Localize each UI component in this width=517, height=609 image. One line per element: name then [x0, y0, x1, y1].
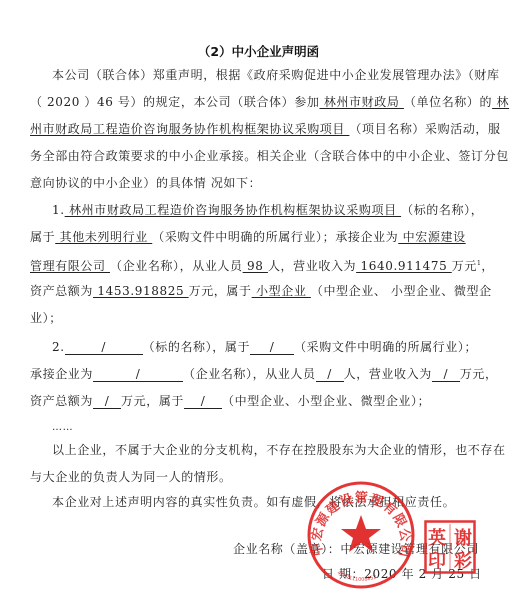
para1-line3: 州市财政局工程造价咨询服务协作机构框架协议采购项目 （项目名称）采购活动，服	[30, 121, 463, 137]
company-seal-stamp: 中宏源建设管理有限公司 4107111008852	[306, 479, 416, 591]
seal-char-3: 印	[428, 551, 446, 572]
seal-char-4: 彩	[454, 551, 472, 572]
text: ，	[481, 259, 494, 273]
unit-name-field: 林州市财政局	[319, 95, 403, 109]
project-name-field-end: 州市财政局工程造价咨询服务协作机构框架协议采购项目	[30, 122, 349, 136]
svg-text:4107111008852: 4107111008852	[336, 570, 378, 583]
text: （中型企业、 小型企业、微型企	[311, 284, 492, 298]
subject-name-blank: /	[65, 341, 143, 355]
seal-code: 4107111008852	[336, 570, 378, 583]
company-name-field-start: 中宏源建设	[398, 230, 465, 244]
company-name-blank: /	[93, 368, 183, 382]
industry-field: 其他未列明行业	[55, 230, 152, 244]
text: 资产总额为	[30, 284, 93, 298]
seal-char-1: 英	[428, 528, 446, 549]
item1-line1: 1. 林州市财政局工程造价咨询服务协作机构框架协议采购项目 （标的名称），	[52, 202, 485, 218]
enterprise-size-field: 小型企业	[252, 284, 311, 298]
item1-line5: 业）；	[30, 310, 463, 326]
project-name-field-start: 林	[492, 95, 509, 109]
text: 与大企业的负责人为同一人的情形。	[30, 470, 232, 484]
text: （采购文件中明确的所属行业）；	[294, 340, 477, 354]
para1-line2: （ 2020 ）46 号）的规定，本公司（联合体）参加 林州市财政局 （单位名称…	[30, 94, 463, 110]
ellipsis: ……	[52, 422, 73, 433]
revenue-field: 1640.911475	[356, 259, 452, 273]
assets-field: 1453.918825	[93, 284, 189, 298]
text: 属于	[30, 230, 55, 244]
para2-line1: 以上企业，不属于大企业的分支机构，不存在控股股东为大企业的情形，也不存在	[52, 442, 485, 458]
item2-line1: 2./（标的名称），属于/（采购文件中明确的所属行业）；	[52, 339, 485, 355]
text: 本公司（联合体）郑重声明，根据《政府采购促进中小企业发展管理办法》（财库	[52, 68, 500, 82]
text: 人，营业收入为	[268, 259, 356, 273]
text: （项目名称）采购活动，服	[349, 122, 500, 136]
company-name-field-end: 管理有限公司	[30, 259, 110, 273]
text: 万元	[452, 259, 477, 273]
para1-line4: 务全部由符合政策要求的中小企业承接。相关企业（含联合体中的中小企业、签订分包	[30, 148, 463, 164]
star-icon	[341, 515, 381, 552]
item1-line2: 属于 其他未列明行业 （采购文件中明确的所属行业）；承接企业为 中宏源建设	[30, 229, 463, 245]
personal-seal-stamp: 英 谢 印 彩	[424, 520, 476, 574]
item-number: 1.	[52, 203, 65, 217]
staff-count-blank: /	[316, 368, 344, 382]
item-number: 2.	[52, 340, 65, 354]
item1-line3: 管理有限公司 （企业名称），从业人员 98 人，营业收入为 1640.91147…	[30, 256, 463, 274]
text: （ 2020 ）46 号）的规定，本公司（联合体）参加	[30, 95, 319, 109]
text: 人，营业收入为	[344, 367, 432, 381]
text: 承接企业为	[30, 367, 93, 381]
text: 以上企业，不属于大企业的分支机构，不存在控股股东为大企业的情形，也不存在	[52, 443, 506, 457]
text: 务全部由符合政策要求的中小企业承接。相关企业（含联合体中的中小企业、签订分包	[30, 149, 509, 163]
item1-line4: 资产总额为 1453.918825 万元，属于 小型企业 （中型企业、 小型企业…	[30, 283, 463, 299]
para1-line5: 意向协议的中小企业）的具体情 况如下：	[30, 175, 463, 191]
text: （企业名称），从业人员	[110, 259, 243, 273]
seal-char-2: 谢	[454, 527, 472, 549]
text: （标的名称），属于	[143, 340, 250, 354]
para1-line1: 本公司（联合体）郑重声明，根据《政府采购促进中小企业发展管理办法》（财库	[52, 67, 485, 83]
text: （企业名称），从业人员	[183, 367, 316, 381]
text: 万元，	[460, 367, 498, 381]
item2-line2: 承接企业为/（企业名称），从业人员/人，营业收入为/万元，	[30, 366, 463, 382]
page-title: （2）中小企业声明函	[0, 42, 517, 60]
document-page: （2）中小企业声明函 本公司（联合体）郑重声明，根据《政府采购促进中小企业发展管…	[0, 0, 517, 609]
industry-blank: /	[250, 341, 294, 355]
text: 业）；	[30, 311, 62, 325]
ellipsis-line: ……	[52, 390, 485, 406]
text: （采购文件中明确的所属行业）；承接企业为	[152, 230, 398, 244]
staff-count-field: 98	[243, 259, 268, 273]
text: 万元，属于	[189, 284, 252, 298]
subject-name-field: 林州市财政局工程造价咨询服务协作机构框架协议采购项目	[65, 203, 401, 217]
text: （标的名称），	[401, 203, 483, 217]
text: （单位名称）的	[404, 95, 492, 109]
para3: 本企业对上述声明内容的真实性负责。如有虚假，将依法承担相应责任。	[52, 494, 485, 510]
revenue-blank: /	[432, 368, 460, 382]
text: 意向协议的中小企业）的具体情 况如下：	[30, 176, 261, 190]
